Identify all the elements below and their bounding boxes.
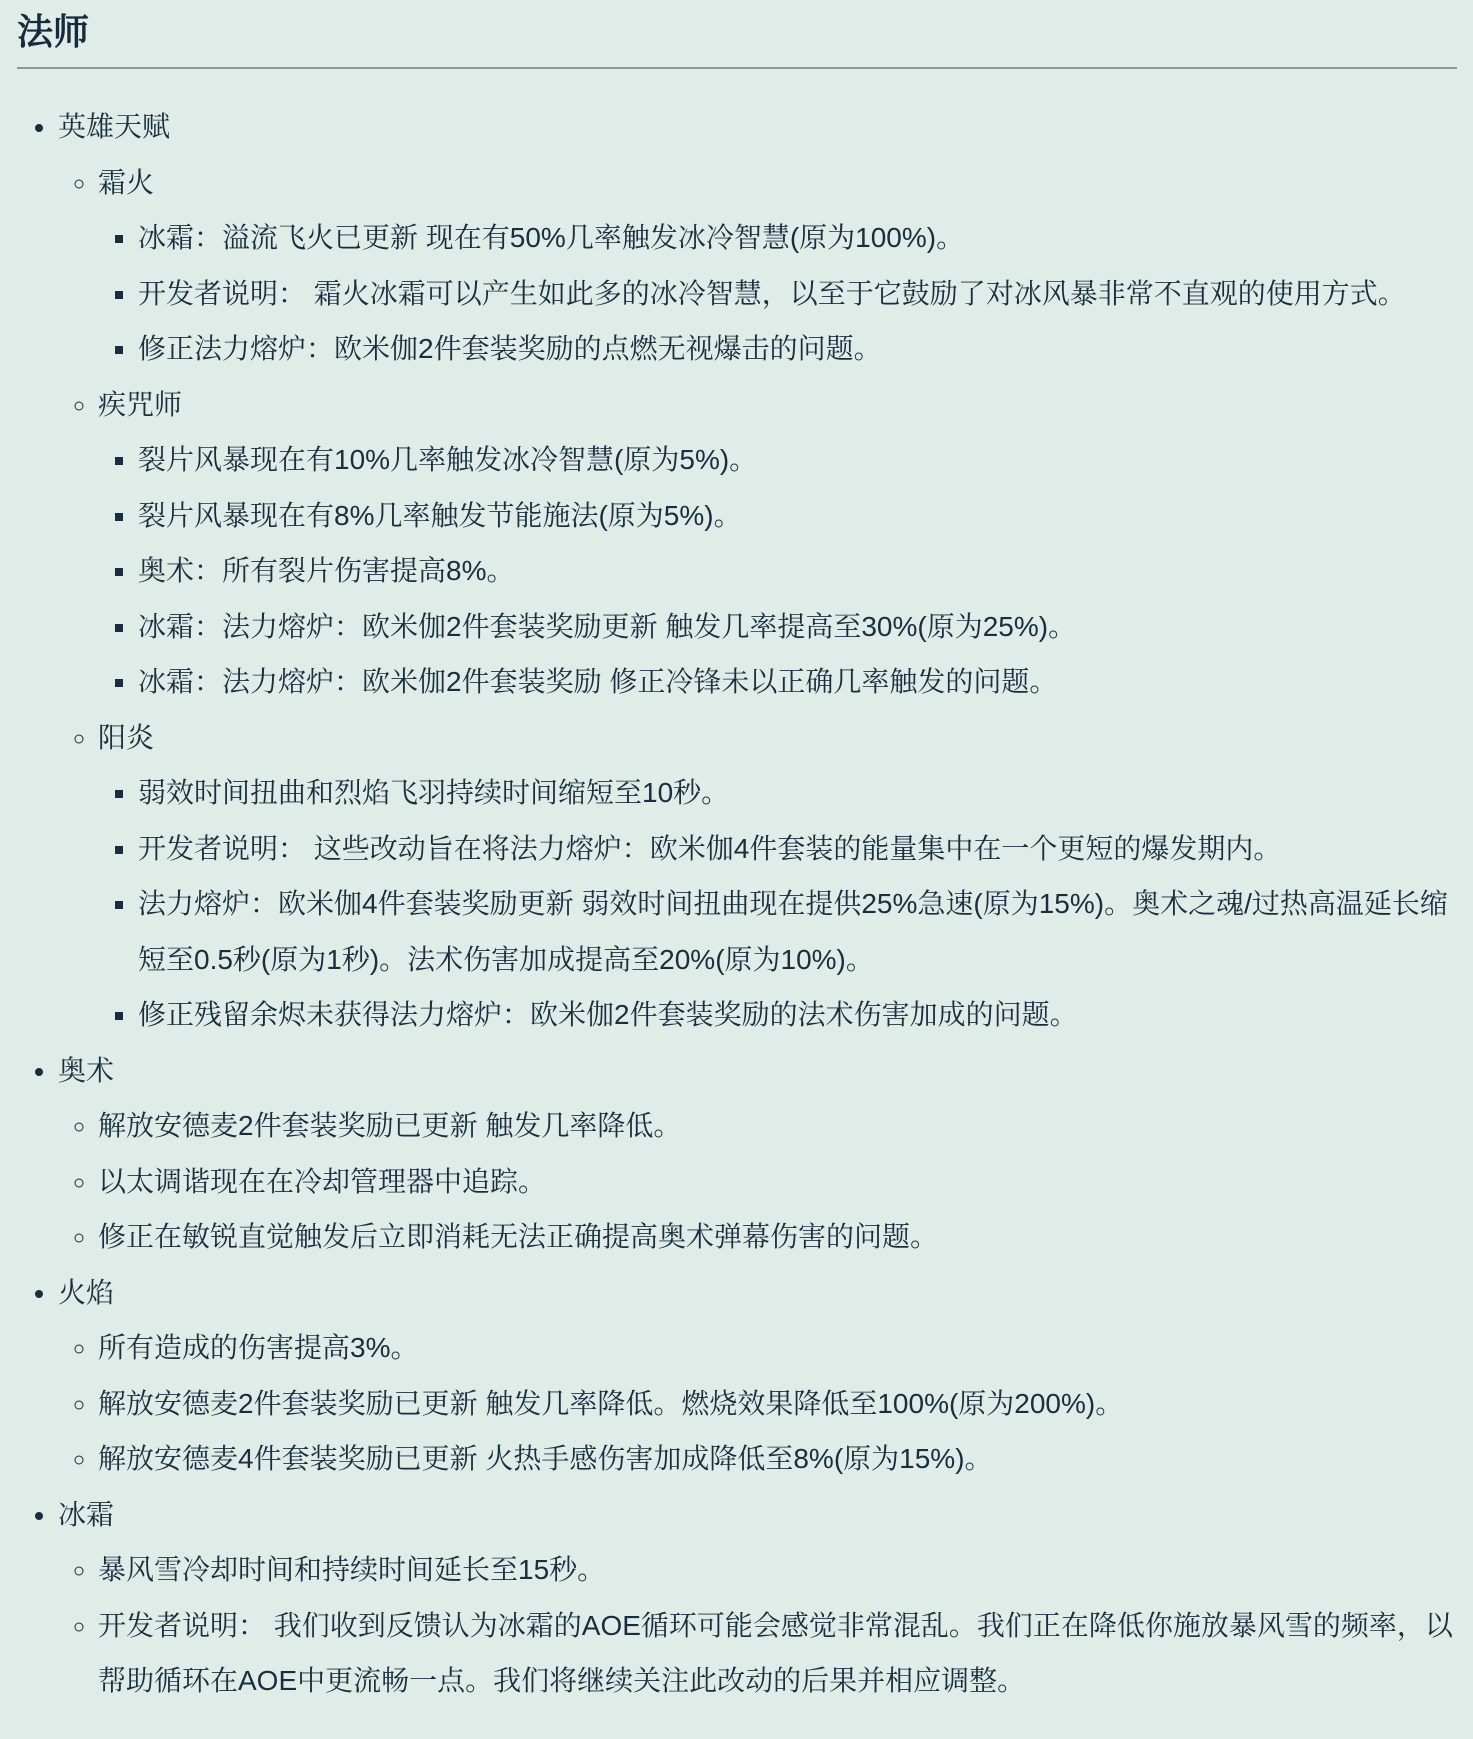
note-item: 法力熔炉：欧米伽4件套装奖励更新 弱效时间扭曲现在提供25%急速(原为15%)。… bbox=[138, 876, 1457, 987]
category-hero-talents: 英雄天赋 霜火 冰霜：溢流飞火已更新 现在有50%几率触发冰冷智慧(原为100%… bbox=[58, 99, 1457, 1043]
sunfury-notes: 弱效时间扭曲和烈焰飞羽持续时间缩短至10秒。 开发者说明： 这些改动旨在将法力熔… bbox=[98, 765, 1457, 1043]
arcane-notes: 解放安德麦2件套装奖励已更新 触发几率降低。 以太调谐现在在冷却管理器中追踪。 … bbox=[58, 1098, 1457, 1265]
note-item: 裂片风暴现在有8%几率触发节能施法(原为5%)。 bbox=[138, 488, 1457, 544]
spec-spellslinger: 疾咒师 裂片风暴现在有10%几率触发冰冷智慧(原为5%)。 裂片风暴现在有8%几… bbox=[98, 377, 1457, 710]
frostfire-notes: 冰霜：溢流飞火已更新 现在有50%几率触发冰冷智慧(原为100%)。 开发者说明… bbox=[98, 210, 1457, 377]
hero-talents-sublist: 霜火 冰霜：溢流飞火已更新 现在有50%几率触发冰冷智慧(原为100%)。 开发… bbox=[58, 155, 1457, 1043]
spellslinger-notes: 裂片风暴现在有10%几率触发冰冷智慧(原为5%)。 裂片风暴现在有8%几率触发节… bbox=[98, 432, 1457, 710]
patch-notes-list: 英雄天赋 霜火 冰霜：溢流飞火已更新 现在有50%几率触发冰冷智慧(原为100%… bbox=[17, 99, 1457, 1709]
patch-notes-page: 法师 英雄天赋 霜火 冰霜：溢流飞火已更新 现在有50%几率触发冰冷智慧(原为1… bbox=[0, 0, 1473, 1739]
note-item-dev-note: 开发者说明： 这些改动旨在将法力熔炉：欧米伽4件套装的能量集中在一个更短的爆发期… bbox=[138, 821, 1457, 877]
category-label: 英雄天赋 bbox=[58, 111, 170, 142]
page-title: 法师 bbox=[17, 10, 1457, 53]
note-item: 修正残留余烬未获得法力熔炉：欧米伽2件套装奖励的法术伤害加成的问题。 bbox=[138, 987, 1457, 1043]
note-item: 修正在敏锐直觉触发后立即消耗无法正确提高奥术弹幕伤害的问题。 bbox=[98, 1209, 1457, 1265]
category-label: 奥术 bbox=[58, 1055, 114, 1086]
fire-notes: 所有造成的伤害提高3%。 解放安德麦2件套装奖励已更新 触发几率降低。燃烧效果降… bbox=[58, 1320, 1457, 1487]
category-frost: 冰霜 暴风雪冷却时间和持续时间延长至15秒。 开发者说明： 我们收到反馈认为冰霜… bbox=[58, 1487, 1457, 1709]
note-item: 修正法力熔炉：欧米伽2件套装奖励的点燃无视爆击的问题。 bbox=[138, 321, 1457, 377]
note-item-dev-note: 开发者说明： 霜火冰霜可以产生如此多的冰冷智慧，以至于它鼓励了对冰风暴非常不直观… bbox=[138, 266, 1457, 322]
spec-label: 霜火 bbox=[98, 167, 154, 198]
note-item: 解放安德麦2件套装奖励已更新 触发几率降低。 bbox=[98, 1098, 1457, 1154]
category-fire: 火焰 所有造成的伤害提高3%。 解放安德麦2件套装奖励已更新 触发几率降低。燃烧… bbox=[58, 1265, 1457, 1487]
divider bbox=[17, 67, 1457, 69]
spec-frostfire: 霜火 冰霜：溢流飞火已更新 现在有50%几率触发冰冷智慧(原为100%)。 开发… bbox=[98, 155, 1457, 377]
category-arcane: 奥术 解放安德麦2件套装奖励已更新 触发几率降低。 以太调谐现在在冷却管理器中追… bbox=[58, 1043, 1457, 1265]
note-item: 冰霜：法力熔炉：欧米伽2件套装奖励 修正冷锋未以正确几率触发的问题。 bbox=[138, 654, 1457, 710]
note-item: 裂片风暴现在有10%几率触发冰冷智慧(原为5%)。 bbox=[138, 432, 1457, 488]
category-label: 冰霜 bbox=[58, 1499, 114, 1530]
spec-sunfury: 阳炎 弱效时间扭曲和烈焰飞羽持续时间缩短至10秒。 开发者说明： 这些改动旨在将… bbox=[98, 710, 1457, 1043]
note-item-dev-note: 开发者说明： 我们收到反馈认为冰霜的AOE循环可能会感觉非常混乱。我们正在降低你… bbox=[98, 1598, 1457, 1709]
spec-label: 疾咒师 bbox=[98, 389, 182, 420]
frost-notes: 暴风雪冷却时间和持续时间延长至15秒。 开发者说明： 我们收到反馈认为冰霜的AO… bbox=[58, 1542, 1457, 1709]
note-item: 弱效时间扭曲和烈焰飞羽持续时间缩短至10秒。 bbox=[138, 765, 1457, 821]
note-item: 以太调谐现在在冷却管理器中追踪。 bbox=[98, 1154, 1457, 1210]
note-item: 暴风雪冷却时间和持续时间延长至15秒。 bbox=[98, 1542, 1457, 1598]
note-item: 解放安德麦2件套装奖励已更新 触发几率降低。燃烧效果降低至100%(原为200%… bbox=[98, 1376, 1457, 1432]
note-item: 冰霜：溢流飞火已更新 现在有50%几率触发冰冷智慧(原为100%)。 bbox=[138, 210, 1457, 266]
note-item: 所有造成的伤害提高3%。 bbox=[98, 1320, 1457, 1376]
note-item: 奥术：所有裂片伤害提高8%。 bbox=[138, 543, 1457, 599]
category-label: 火焰 bbox=[58, 1277, 114, 1308]
spec-label: 阳炎 bbox=[98, 722, 154, 753]
note-item: 冰霜：法力熔炉：欧米伽2件套装奖励更新 触发几率提高至30%(原为25%)。 bbox=[138, 599, 1457, 655]
note-item: 解放安德麦4件套装奖励已更新 火热手感伤害加成降低至8%(原为15%)。 bbox=[98, 1431, 1457, 1487]
